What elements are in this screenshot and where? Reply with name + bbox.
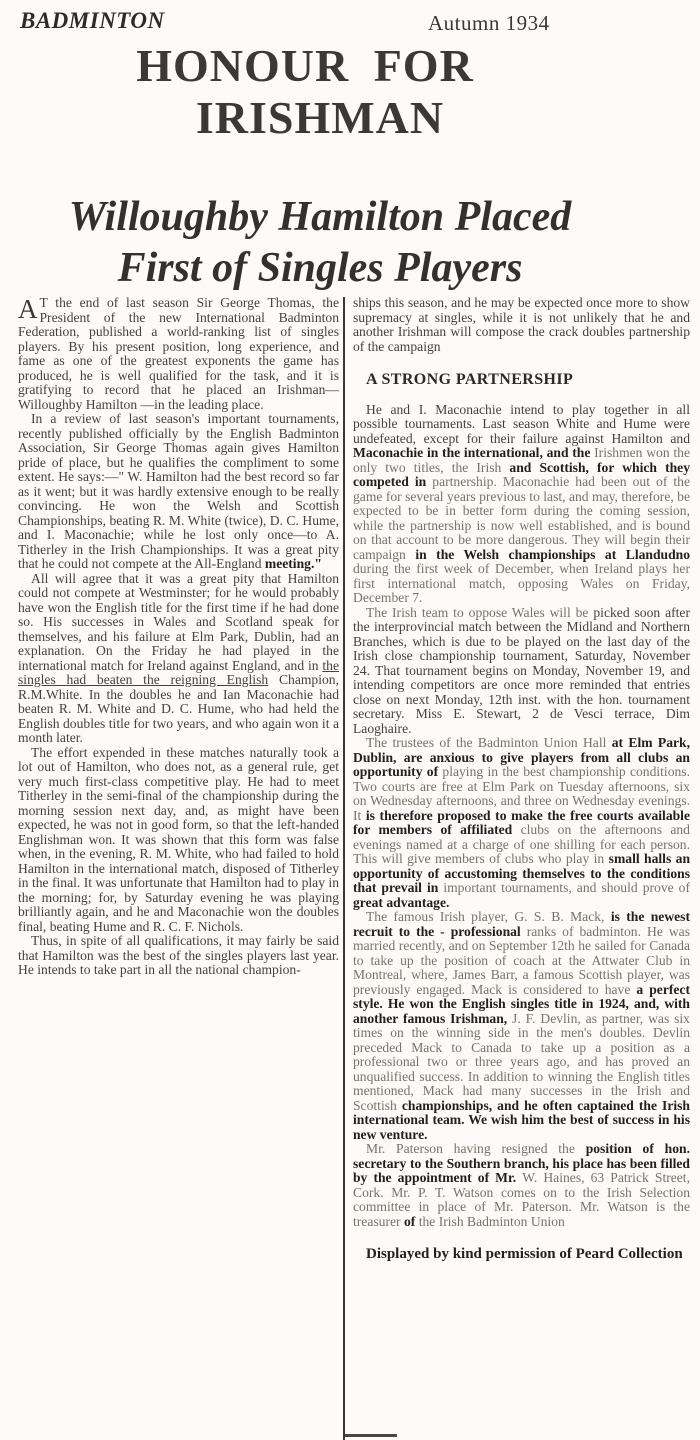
text-run: All will agree that it was a great pity … (18, 571, 339, 673)
text-run: He and I. Maconachie intend to play toge… (353, 402, 690, 446)
text-run: picked soon after the interprovincial ma… (353, 605, 690, 736)
article-paragraph: Mr. Paterson having resigned the positio… (353, 1142, 690, 1229)
headline: HONOUR FOR IRISHMAN (60, 40, 550, 144)
publication-title: BADMINTON (20, 8, 165, 34)
article-paragraph: Thus, in spite of all qualifications, it… (18, 934, 339, 978)
text-run: Thus, in spite of all qualifications, it… (18, 933, 339, 977)
left-column: AT the end of last season Sir George Tho… (18, 296, 339, 978)
article-paragraph: All will agree that it was a great pity … (18, 572, 339, 746)
text-run: in the Welsh championships at Llandudno (415, 547, 690, 562)
article-paragraph: AT the end of last season Sir George Tho… (18, 296, 339, 412)
subheadline: Willoughby Hamilton Placed First of Sing… (20, 192, 620, 294)
issue-date: Autumn 1934 (428, 11, 550, 36)
text-run: The famous Irish player, G. S. B. Mack, (366, 909, 611, 924)
text-run: Maconachie in the international, and the (353, 445, 594, 460)
bottom-edge-mark (345, 1434, 397, 1437)
article-paragraph: The trustees of the Badminton Union Hall… (353, 736, 690, 910)
article-paragraph: The effort expended in these matches nat… (18, 746, 339, 935)
column-divider-rule (343, 297, 345, 1440)
text-run: ships this season, and he may be expecte… (353, 295, 690, 354)
text-run: The trustees of the Badminton Union Hall (366, 735, 612, 750)
text-run: Mr. Paterson having resigned the (366, 1141, 586, 1156)
credit-line: Displayed by kind permission of Peard Co… (353, 1246, 690, 1263)
text-run: championships, and he often captained th… (353, 1098, 690, 1142)
article-paragraph: ships this season, and he may be expecte… (353, 296, 690, 354)
article-paragraph: He and I. Maconachie intend to play toge… (353, 403, 690, 606)
text-run: the Irish Badminton Union (419, 1214, 565, 1229)
right-column-lead: ships this season, and he may be expecte… (353, 296, 690, 354)
article-paragraph: In a review of last season's important t… (18, 412, 339, 572)
text-run: In a review of last season's important t… (18, 411, 339, 571)
section-heading: A STRONG PARTNERSHIP (366, 373, 690, 388)
subheadline-line-1: Willoughby Hamilton Placed (20, 192, 620, 243)
newspaper-page: BADMINTON Autumn 1934 HONOUR FOR IRISHMA… (0, 0, 700, 1440)
article-paragraph: The famous Irish player, G. S. B. Mack, … (353, 910, 690, 1142)
text-run: Displayed by kind permission of Peard Co… (366, 1246, 683, 1262)
text-run: T the end of last season Sir George Thom… (18, 295, 339, 412)
right-column-body: He and I. Maconachie intend to play toge… (353, 403, 690, 1264)
right-column: ships this season, and he may be expecte… (353, 296, 690, 1263)
subheadline-line-2: First of Singles Players (20, 243, 620, 294)
drop-cap: A (18, 296, 40, 321)
text-run: important tournaments, and should prove … (443, 880, 690, 895)
headline-line-2: IRISHMAN (60, 92, 550, 144)
article-paragraph: The Irish team to oppose Wales will be p… (353, 606, 690, 737)
headline-line-1: HONOUR FOR (60, 40, 550, 92)
text-run: during the first week of December, when … (353, 561, 690, 605)
text-run: The Irish team to oppose Wales will be (366, 605, 593, 620)
text-run: meeting." (265, 556, 322, 571)
text-run: great advantage. (353, 895, 449, 910)
text-run: The effort expended in these matches nat… (18, 745, 339, 934)
text-run: of (404, 1214, 419, 1229)
